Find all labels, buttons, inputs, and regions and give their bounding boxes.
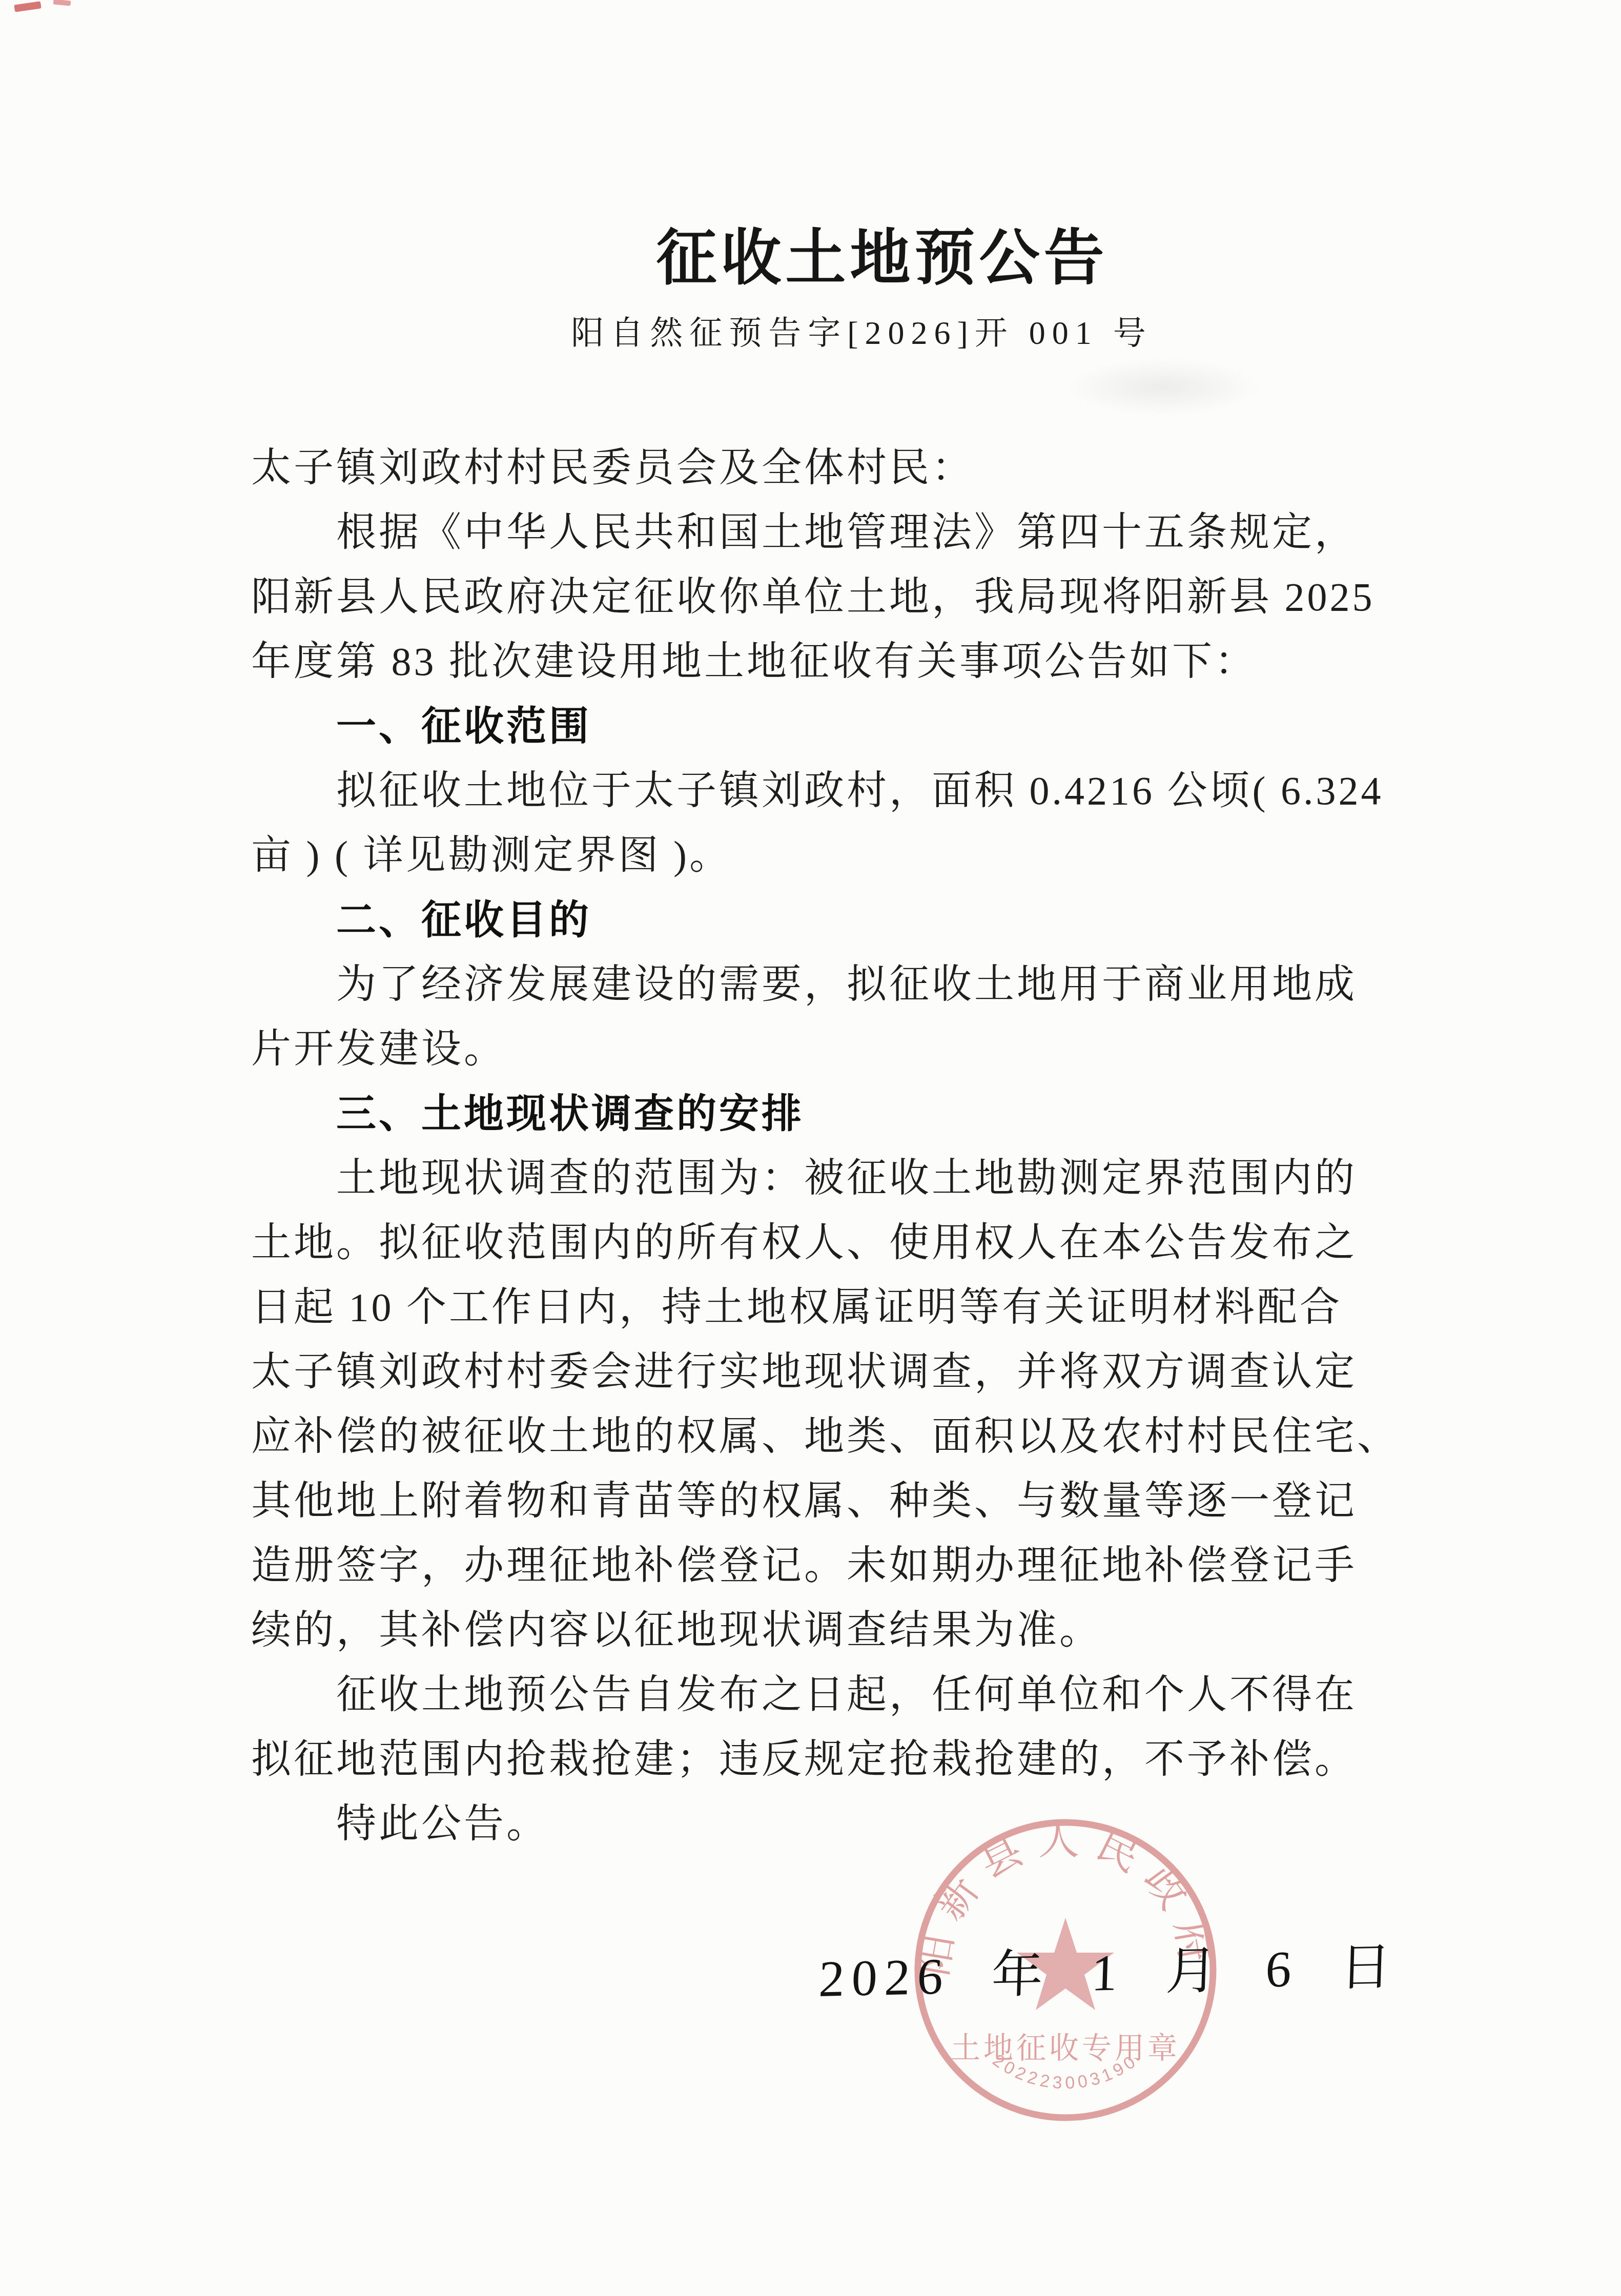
body-line: 征收土地预公告自发布之日起，任何单位和个人不得在 xyxy=(251,1663,1394,1727)
section-heading: 一、征收范围 xyxy=(251,694,1394,758)
document-number: 阳自然征预告字[2026]开 001 号 xyxy=(51,306,1621,354)
body-line: 续的，其补偿内容以征地现状调查结果为准。 xyxy=(251,1598,1394,1663)
seal-label: 土地征收专用章 xyxy=(951,2032,1180,2065)
body-line: 太子镇刘政村村民委员会及全体村民： xyxy=(251,436,1394,500)
body-line: 日起 10 个工作日内，持土地权属证明等有关证明材料配合 xyxy=(251,1275,1394,1340)
document-page: 征收土地预公告 阳自然征预告字[2026]开 001 号 太子镇刘政村村民委员会… xyxy=(0,0,1621,2296)
body-line: 年度第 83 批次建设用地土地征收有关事项公告如下： xyxy=(251,629,1394,694)
body-line: 土地现状调查的范围为：被征收土地勘测定界范围内的 xyxy=(251,1146,1394,1211)
body-line: 根据《中华人民共和国土地管理法》第四十五条规定， xyxy=(251,500,1394,565)
scan-smudge xyxy=(1066,359,1261,415)
document-body: 太子镇刘政村村民委员会及全体村民：根据《中华人民共和国土地管理法》第四十五条规定… xyxy=(251,436,1394,1856)
body-line: 应补偿的被征收土地的权属、地类、面积以及农村村民住宅、 xyxy=(251,1404,1394,1469)
body-line: 阳新县人民政府决定征收你单位土地，我局现将阳新县 2025 xyxy=(251,565,1394,629)
body-line: 拟征地范围内抢栽抢建；违反规定抢栽抢建的，不予补偿。 xyxy=(251,1727,1394,1792)
body-line: 拟征收土地位于太子镇刘政村，面积 0.4216 公顷( 6.324 xyxy=(251,758,1394,823)
body-line: 特此公告。 xyxy=(251,1792,1394,1856)
body-line: 其他地上附着物和青苗等的权属、种类、与数量等逐一登记 xyxy=(251,1469,1394,1533)
issue-date: 2026 年 1 月 6 日 xyxy=(818,1925,1400,2011)
body-line: 亩 ) ( 详见勘测定界图 )。 xyxy=(251,823,1394,888)
body-line: 为了经济发展建设的需要，拟征收土地用于商业用地成 xyxy=(251,952,1394,1017)
body-line: 土地。拟征收范围内的所有权人、使用权人在本公告发布之 xyxy=(251,1211,1394,1275)
body-line: 太子镇刘政村村委会进行实地现状调查，并将双方调查认定 xyxy=(251,1340,1394,1404)
section-heading: 三、土地现状调查的安排 xyxy=(251,1081,1394,1146)
scan-artifact-speck xyxy=(14,1,41,12)
scan-artifact-speck xyxy=(53,0,71,6)
body-line: 片开发建设。 xyxy=(251,1017,1394,1081)
document-title: 征收土地预公告 xyxy=(72,209,1621,296)
body-line: 造册签字，办理征地补偿登记。未如期办理征地补偿登记手 xyxy=(251,1533,1394,1598)
section-heading: 二、征收目的 xyxy=(251,888,1394,952)
